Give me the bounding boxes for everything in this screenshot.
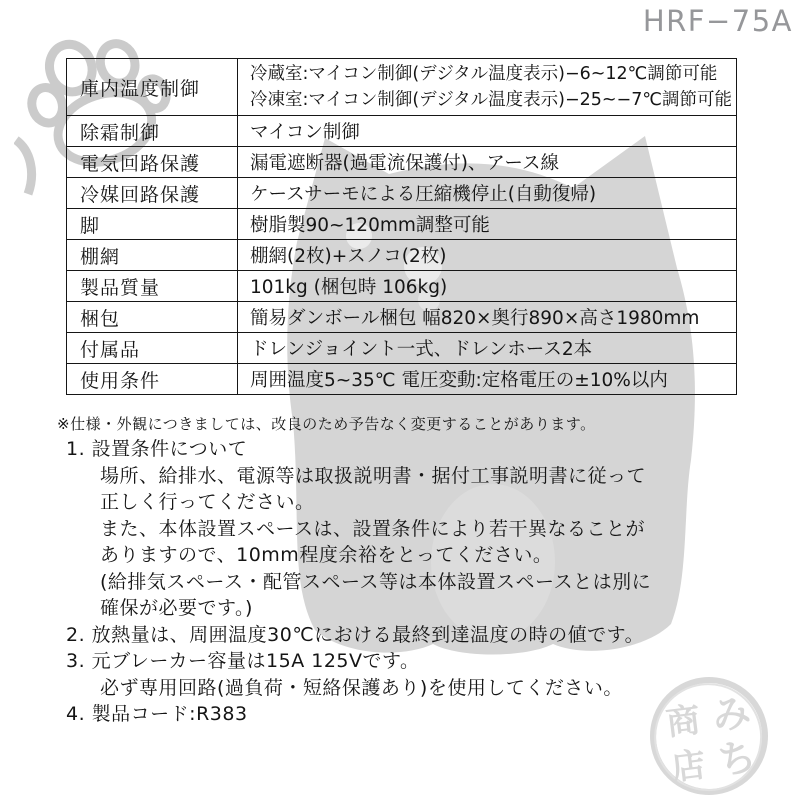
spec-value: 101kg (梱包時 106kg): [238, 271, 737, 302]
table-row: 冷媒回路保護 ケースサーモによる圧縮機停止(自動復帰): [67, 178, 737, 209]
spec-label: 製品質量: [67, 271, 238, 302]
table-row: 電気回路保護 漏電遮断器(過電流保護付)、アース線: [67, 147, 737, 178]
spec-label: 除霜制御: [67, 116, 238, 147]
note-line: 1. 設置条件について: [66, 436, 766, 463]
disclaimer-note: ※仕様・外観につきましては、改良のため予告なく変更することがあります。: [57, 413, 596, 434]
spec-value: ドレンジョイント一式、ドレンホース2本: [238, 333, 737, 364]
model-number-heading: HRF−75A: [643, 4, 793, 38]
note-line: 2. 放熱量は、周囲温度30℃における最終到達温度の時の値です。: [66, 622, 766, 649]
spec-value: 冷凍室:マイコン制御(デジタル温度表示)−25~−7℃調節可能: [250, 87, 736, 113]
installation-notes: 1. 設置条件について 場所、給排水、電源等は取扱説明書・据付工事説明書に従って…: [66, 436, 766, 728]
spec-sheet-page: み ち 商 店 HRF−75A 庫内温度制御 冷蔵室:マイコン制御(デジタル温度…: [0, 0, 800, 800]
table-row: 梱包 簡易ダンボール梱包 幅820×奥行890×高さ1980mm: [67, 302, 737, 333]
note-line: (給排気スペース・配管スペース等は本体設置スペースとは別に: [66, 569, 766, 596]
table-row: 庫内温度制御 冷蔵室:マイコン制御(デジタル温度表示)−6~12℃調節可能 冷凍…: [67, 59, 737, 116]
spec-label: 梱包: [67, 302, 238, 333]
table-row: 脚 樹脂製90~120mm調整可能: [67, 209, 737, 240]
spec-value: 冷蔵室:マイコン制御(デジタル温度表示)−6~12℃調節可能: [250, 61, 736, 87]
table-row: 棚網 棚網(2枚)+スノコ(2枚): [67, 240, 737, 271]
note-line: 4. 製品コード:R383: [66, 701, 766, 728]
note-line: 場所、給排水、電源等は取扱説明書・据付工事説明書に従って: [66, 463, 766, 490]
note-line: また、本体設置スペースは、設置条件により若干異なることが: [66, 516, 766, 543]
note-line: 正しく行ってください。: [66, 489, 766, 516]
spec-value: 棚網(2枚)+スノコ(2枚): [238, 240, 737, 271]
spec-value: ケースサーモによる圧縮機停止(自動復帰): [238, 178, 737, 209]
spec-value: 漏電遮断器(過電流保護付)、アース線: [238, 147, 737, 178]
table-row: 除霜制御 マイコン制御: [67, 116, 737, 147]
spec-label: 脚: [67, 209, 238, 240]
table-row: 製品質量 101kg (梱包時 106kg): [67, 271, 737, 302]
table-row: 付属品 ドレンジョイント一式、ドレンホース2本: [67, 333, 737, 364]
spec-value: マイコン制御: [238, 116, 737, 147]
note-line: 確保が必要です。): [66, 595, 766, 622]
note-line: 必ず専用回路(過負荷・短絡保護あり)を使用してください。: [66, 675, 766, 702]
spec-value-cell: 冷蔵室:マイコン制御(デジタル温度表示)−6~12℃調節可能 冷凍室:マイコン制…: [238, 59, 737, 116]
spec-value: 樹脂製90~120mm調整可能: [238, 209, 737, 240]
spec-value: 周囲温度5~35℃ 電圧変動:定格電圧の±10%以内: [238, 364, 737, 395]
note-line: 3. 元ブレーカー容量は15A 125Vです。: [66, 648, 766, 675]
spec-label: 棚網: [67, 240, 238, 271]
table-row: 使用条件 周囲温度5~35℃ 電圧変動:定格電圧の±10%以内: [67, 364, 737, 395]
spec-label: 付属品: [67, 333, 238, 364]
spec-label: 冷媒回路保護: [67, 178, 238, 209]
spec-label: 庫内温度制御: [67, 59, 238, 116]
spec-value: 簡易ダンボール梱包 幅820×奥行890×高さ1980mm: [238, 302, 737, 333]
spec-label: 電気回路保護: [67, 147, 238, 178]
note-line: ありますので、10mm程度余裕をとってください。: [66, 542, 766, 569]
spec-label: 使用条件: [67, 364, 238, 395]
content-layer: HRF−75A 庫内温度制御 冷蔵室:マイコン制御(デジタル温度表示)−6~12…: [0, 0, 800, 800]
spec-table: 庫内温度制御 冷蔵室:マイコン制御(デジタル温度表示)−6~12℃調節可能 冷凍…: [66, 58, 737, 395]
